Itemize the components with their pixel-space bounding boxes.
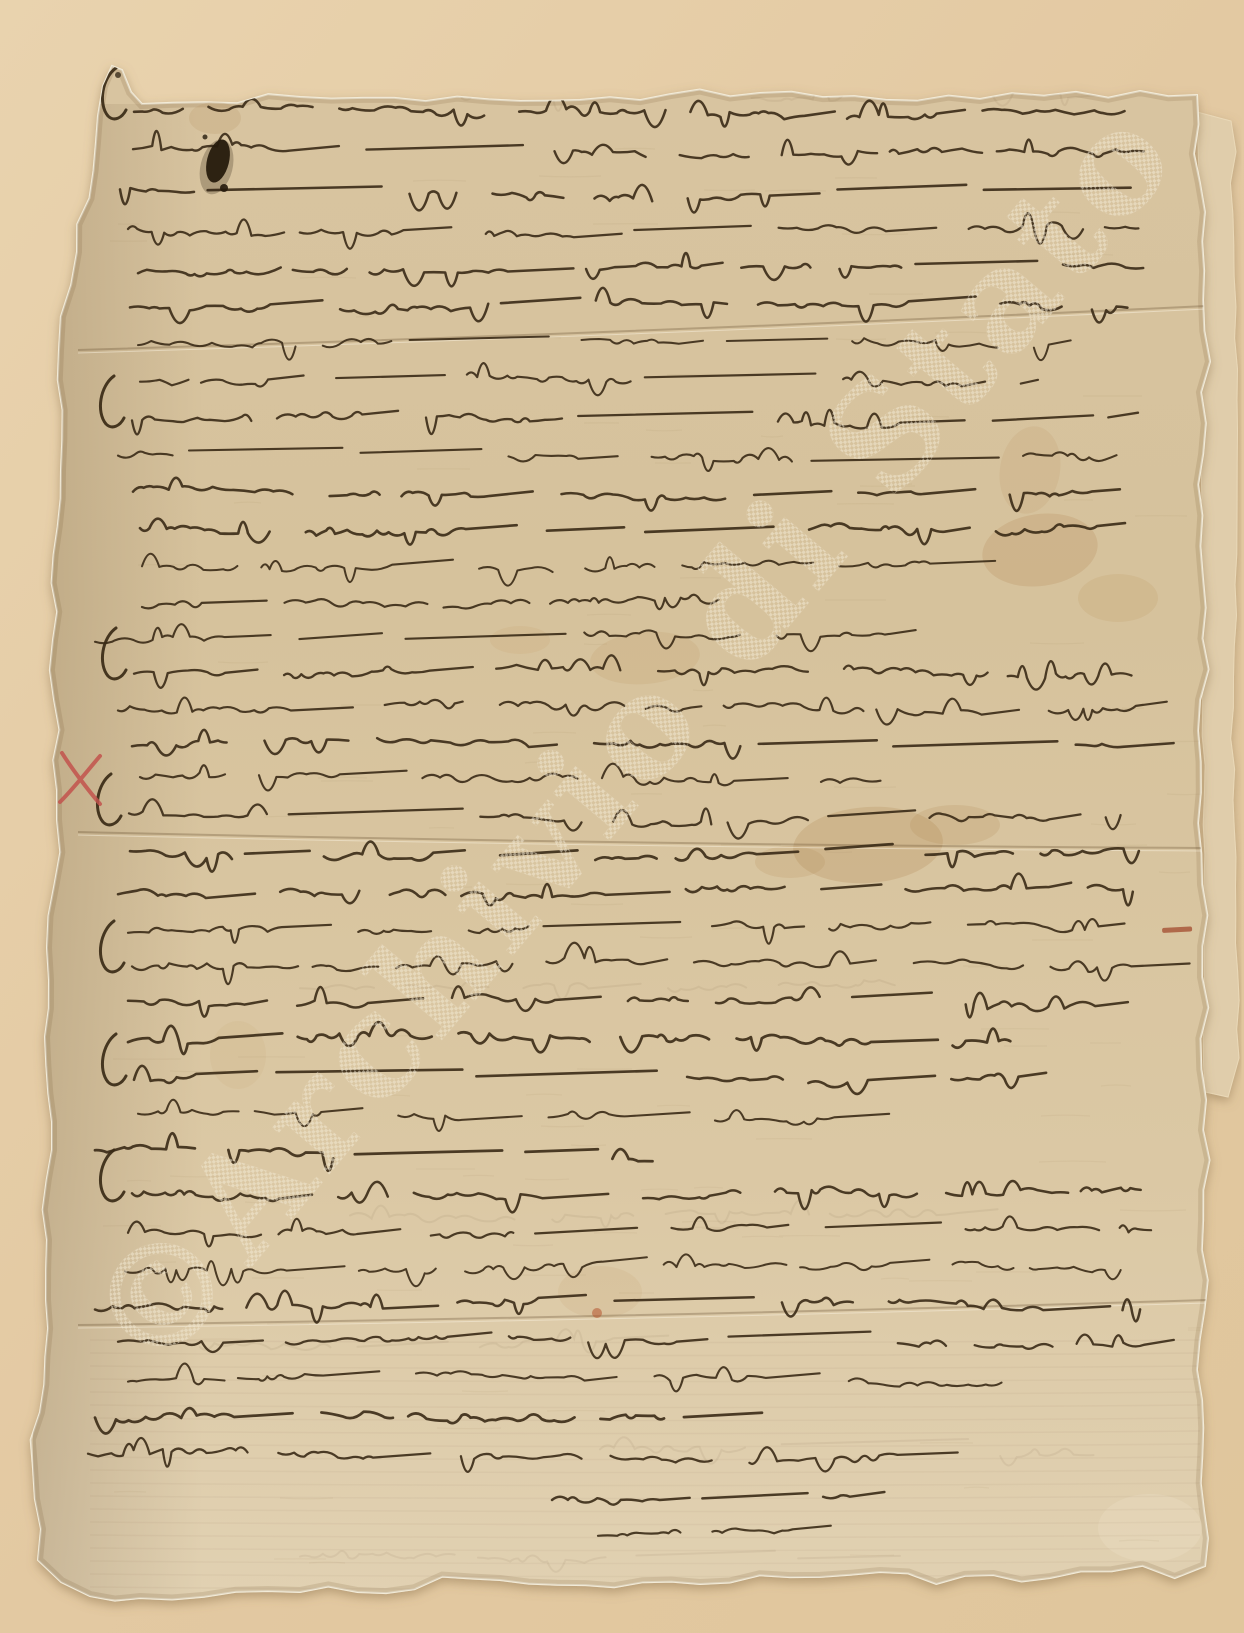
paper-stain (910, 805, 1000, 845)
red-speck (592, 1308, 602, 1318)
paper-stain (1078, 574, 1158, 622)
paper-stain (1098, 1494, 1202, 1562)
manuscript-svg: ©Archivio di Stato di Prato (0, 0, 1244, 1633)
ink-blot-drip (220, 184, 228, 192)
scanned-letter-page: ©Archivio di Stato di Prato (0, 0, 1244, 1633)
paper-stain (490, 626, 550, 654)
corner-ink-speck (115, 72, 121, 78)
ink-speck (203, 135, 208, 140)
paper-stain (755, 846, 825, 878)
